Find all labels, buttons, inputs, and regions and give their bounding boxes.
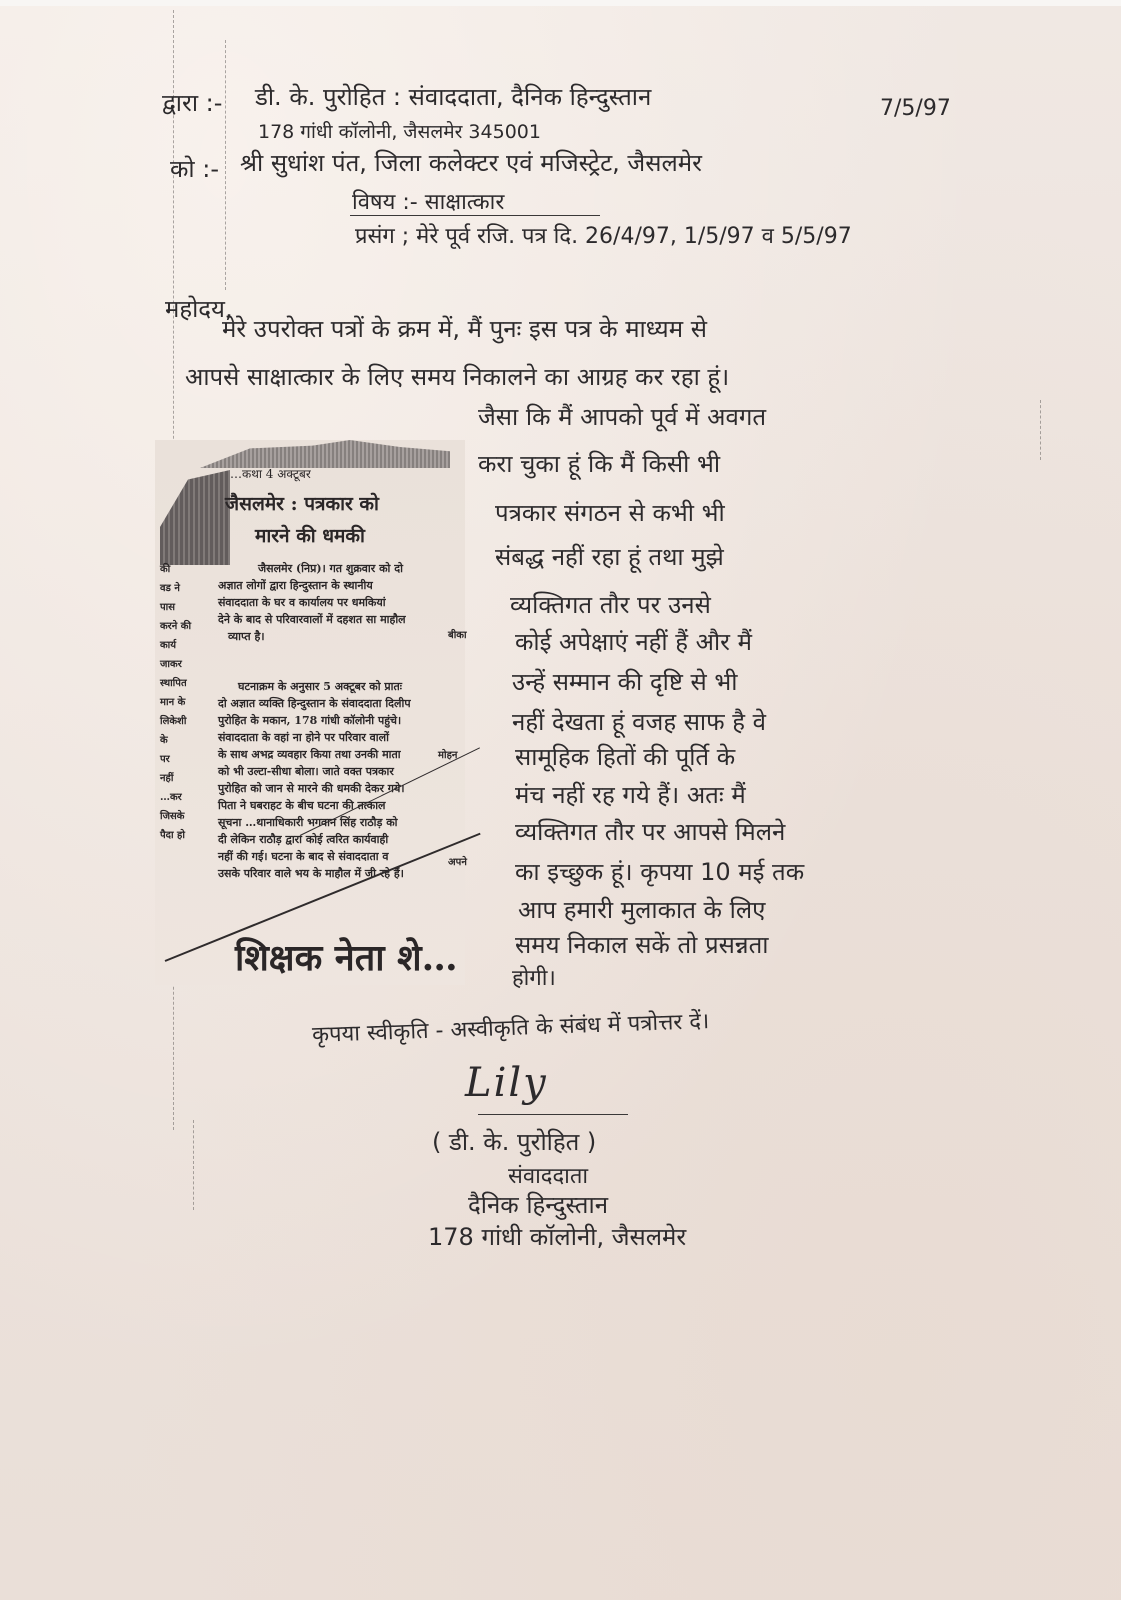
clipping-paragraph-2: घटनाक्रम के अनुसार 5 अक्टूबर को प्रातः द… (218, 678, 411, 882)
clipping-line: पुरोहित के मकान, 178 गांधी कॉलोनी पहुंचे… (218, 712, 411, 729)
clipping-right-fragment-3: अपने (448, 853, 467, 872)
body-line-4: करा चुका हूं कि मैं किसी भी (478, 447, 720, 480)
clipping-line: व्याप्त है। (218, 628, 406, 645)
fold-mark-right (1040, 400, 1041, 460)
body-line-2: आपसे साक्षात्कार के लिए समय निकालने का आ… (185, 360, 729, 393)
from-line-1: डी. के. पुरोहित : संवाददाता, दैनिक हिन्द… (255, 80, 651, 113)
letter-date: 7/5/97 (880, 96, 951, 121)
reference-line: प्रसंग ; मेरे पूर्व रजि. पत्र दि. 26/4/9… (355, 220, 852, 250)
body-line-13: व्यक्तिगत तौर पर आपसे मिलने (515, 815, 785, 848)
fragment: जाकर (160, 655, 191, 674)
body-line-9: उन्हें सम्मान की दृष्टि से भी (512, 665, 737, 698)
margin-line (225, 40, 226, 290)
clipping-line: दी लेकिन राठौड़ द्वारा कोई त्वरित कार्यव… (218, 831, 411, 848)
clipping-line: अज्ञात लोगों द्वारा हिन्दुस्तान के स्थान… (218, 577, 406, 594)
clipping-line: पिता ने घबराहट के बीच घटना की तत्काल (218, 797, 411, 814)
fragment: स्थापित (160, 674, 191, 693)
body-line-3: जैसा कि मैं आपको पूर्व में अवगत (478, 400, 766, 433)
clipping-headline-1: जैसलमेर : पत्रकार को (225, 490, 379, 516)
body-line-8: कोई अपेक्षाएं नहीं हैं और मैं (515, 625, 752, 658)
body-line-6: संबद्ध नहीं रहा हूं तथा मुझे (495, 540, 724, 573)
clipping-left-column: की वड ने पास करने की कार्य जाकर स्थापित … (160, 560, 191, 845)
subject-line: विषय :- साक्षात्कार (352, 186, 504, 216)
fragment: करने की (160, 617, 191, 636)
scan-top-edge (0, 0, 1121, 6)
body-line-17: होगी। (512, 962, 556, 992)
signature-title: संवाददाता (508, 1160, 588, 1190)
body-line-5: पत्रकार संगठन से कभी भी (495, 496, 725, 529)
to-line-1: श्री सुधांश पंत, जिला कलेक्टर एवं मजिस्ट… (240, 146, 702, 179)
fragment: के (160, 731, 191, 750)
fragment: पैदा हो (160, 826, 191, 845)
scanned-letter-page: द्वारा :- डी. के. पुरोहित : संवाददाता, द… (0, 0, 1121, 1600)
clipping-line: जैसलमेर (निप्र)। गत शुक्रवार को दो (218, 560, 406, 577)
fragment: लिकेशी (160, 712, 191, 731)
fragment: की (160, 560, 191, 579)
clipping-headline-2: मारने की धमकी (255, 522, 365, 548)
body-line-15: आप हमारी मुलाकात के लिए (518, 893, 765, 926)
from-line-2: 178 गांधी कॉलोनी, जैसलमेर 345001 (258, 118, 541, 144)
body-line-1: मेरे उपरोक्त पत्रों के क्रम में, मैं पुन… (222, 312, 707, 345)
signature-name: ( डी. के. पुरोहित ) (432, 1125, 596, 1158)
fragment: पर (160, 750, 191, 769)
subject-underline (350, 215, 600, 216)
body-line-16: समय निकाल सकें तो प्रसन्नता (515, 928, 768, 961)
fragment: वड ने (160, 579, 191, 598)
closing-request: कृपया स्वीकृति - अस्वीकृति के संबंध में … (312, 1005, 710, 1049)
to-label: को :- (170, 152, 219, 185)
signature-underline (478, 1114, 628, 1115)
clipping-line: नहीं की गई। घटना के बाद से संवाददाता व (218, 848, 411, 865)
body-line-12: मंच नहीं रह गये हैं। अतः मैं (515, 778, 746, 811)
body-line-11: सामूहिक हितों की पूर्ति के (515, 740, 735, 773)
clipping-big-headline: शिक्षक नेता शे… (235, 932, 458, 981)
clipping-line: देने के बाद से परिवारवालों में दहशत सा म… (218, 611, 406, 628)
clipping-line: दो अज्ञात व्यक्ति हिन्दुस्तान के संवाददा… (218, 695, 411, 712)
clipping-line: घटनाक्रम के अनुसार 5 अक्टूबर को प्रातः (218, 678, 411, 695)
fold-line-bottom (193, 1120, 194, 1210)
clipping-right-fragment-1: बीका (448, 626, 467, 645)
fragment: पास (160, 598, 191, 617)
body-line-10: नहीं देखता हूं वजह साफ है वे (512, 705, 766, 738)
clipping-line: को भी उल्टा-सीधा बोला। जाते वक्त पत्रकार (218, 763, 411, 780)
from-label: द्वारा :- (162, 86, 222, 119)
fragment: कार्य (160, 636, 191, 655)
clipping-dateline: …कथा 4 अक्टूबर (230, 465, 311, 482)
clipping-paragraph-1: जैसलमेर (निप्र)। गत शुक्रवार को दो अज्ञा… (218, 560, 406, 645)
fragment: मान के (160, 693, 191, 712)
fragment: जिसके (160, 807, 191, 826)
body-line-14: का इच्छुक हूं। कृपया 10 मई तक (515, 855, 804, 888)
clipping-line: के साथ अभद्र व्यवहार किया तथा उनकी माता (218, 746, 411, 763)
signature-scrawl: Lily (465, 1060, 548, 1106)
clipping-line: संवाददाता के वहां ना होने पर परिवार वालो… (218, 729, 411, 746)
signature-paper: दैनिक हिन्दुस्तान (468, 1188, 608, 1221)
fragment: नहीं (160, 769, 191, 788)
body-line-7: व्यक्तिगत तौर पर उनसे (510, 588, 711, 621)
clipping-line: संवाददाता के घर व कार्यालय पर धमकियां (218, 594, 406, 611)
fragment: …कर (160, 788, 191, 807)
signature-address: 178 गांधी कॉलोनी, जैसलमेर (428, 1220, 686, 1253)
